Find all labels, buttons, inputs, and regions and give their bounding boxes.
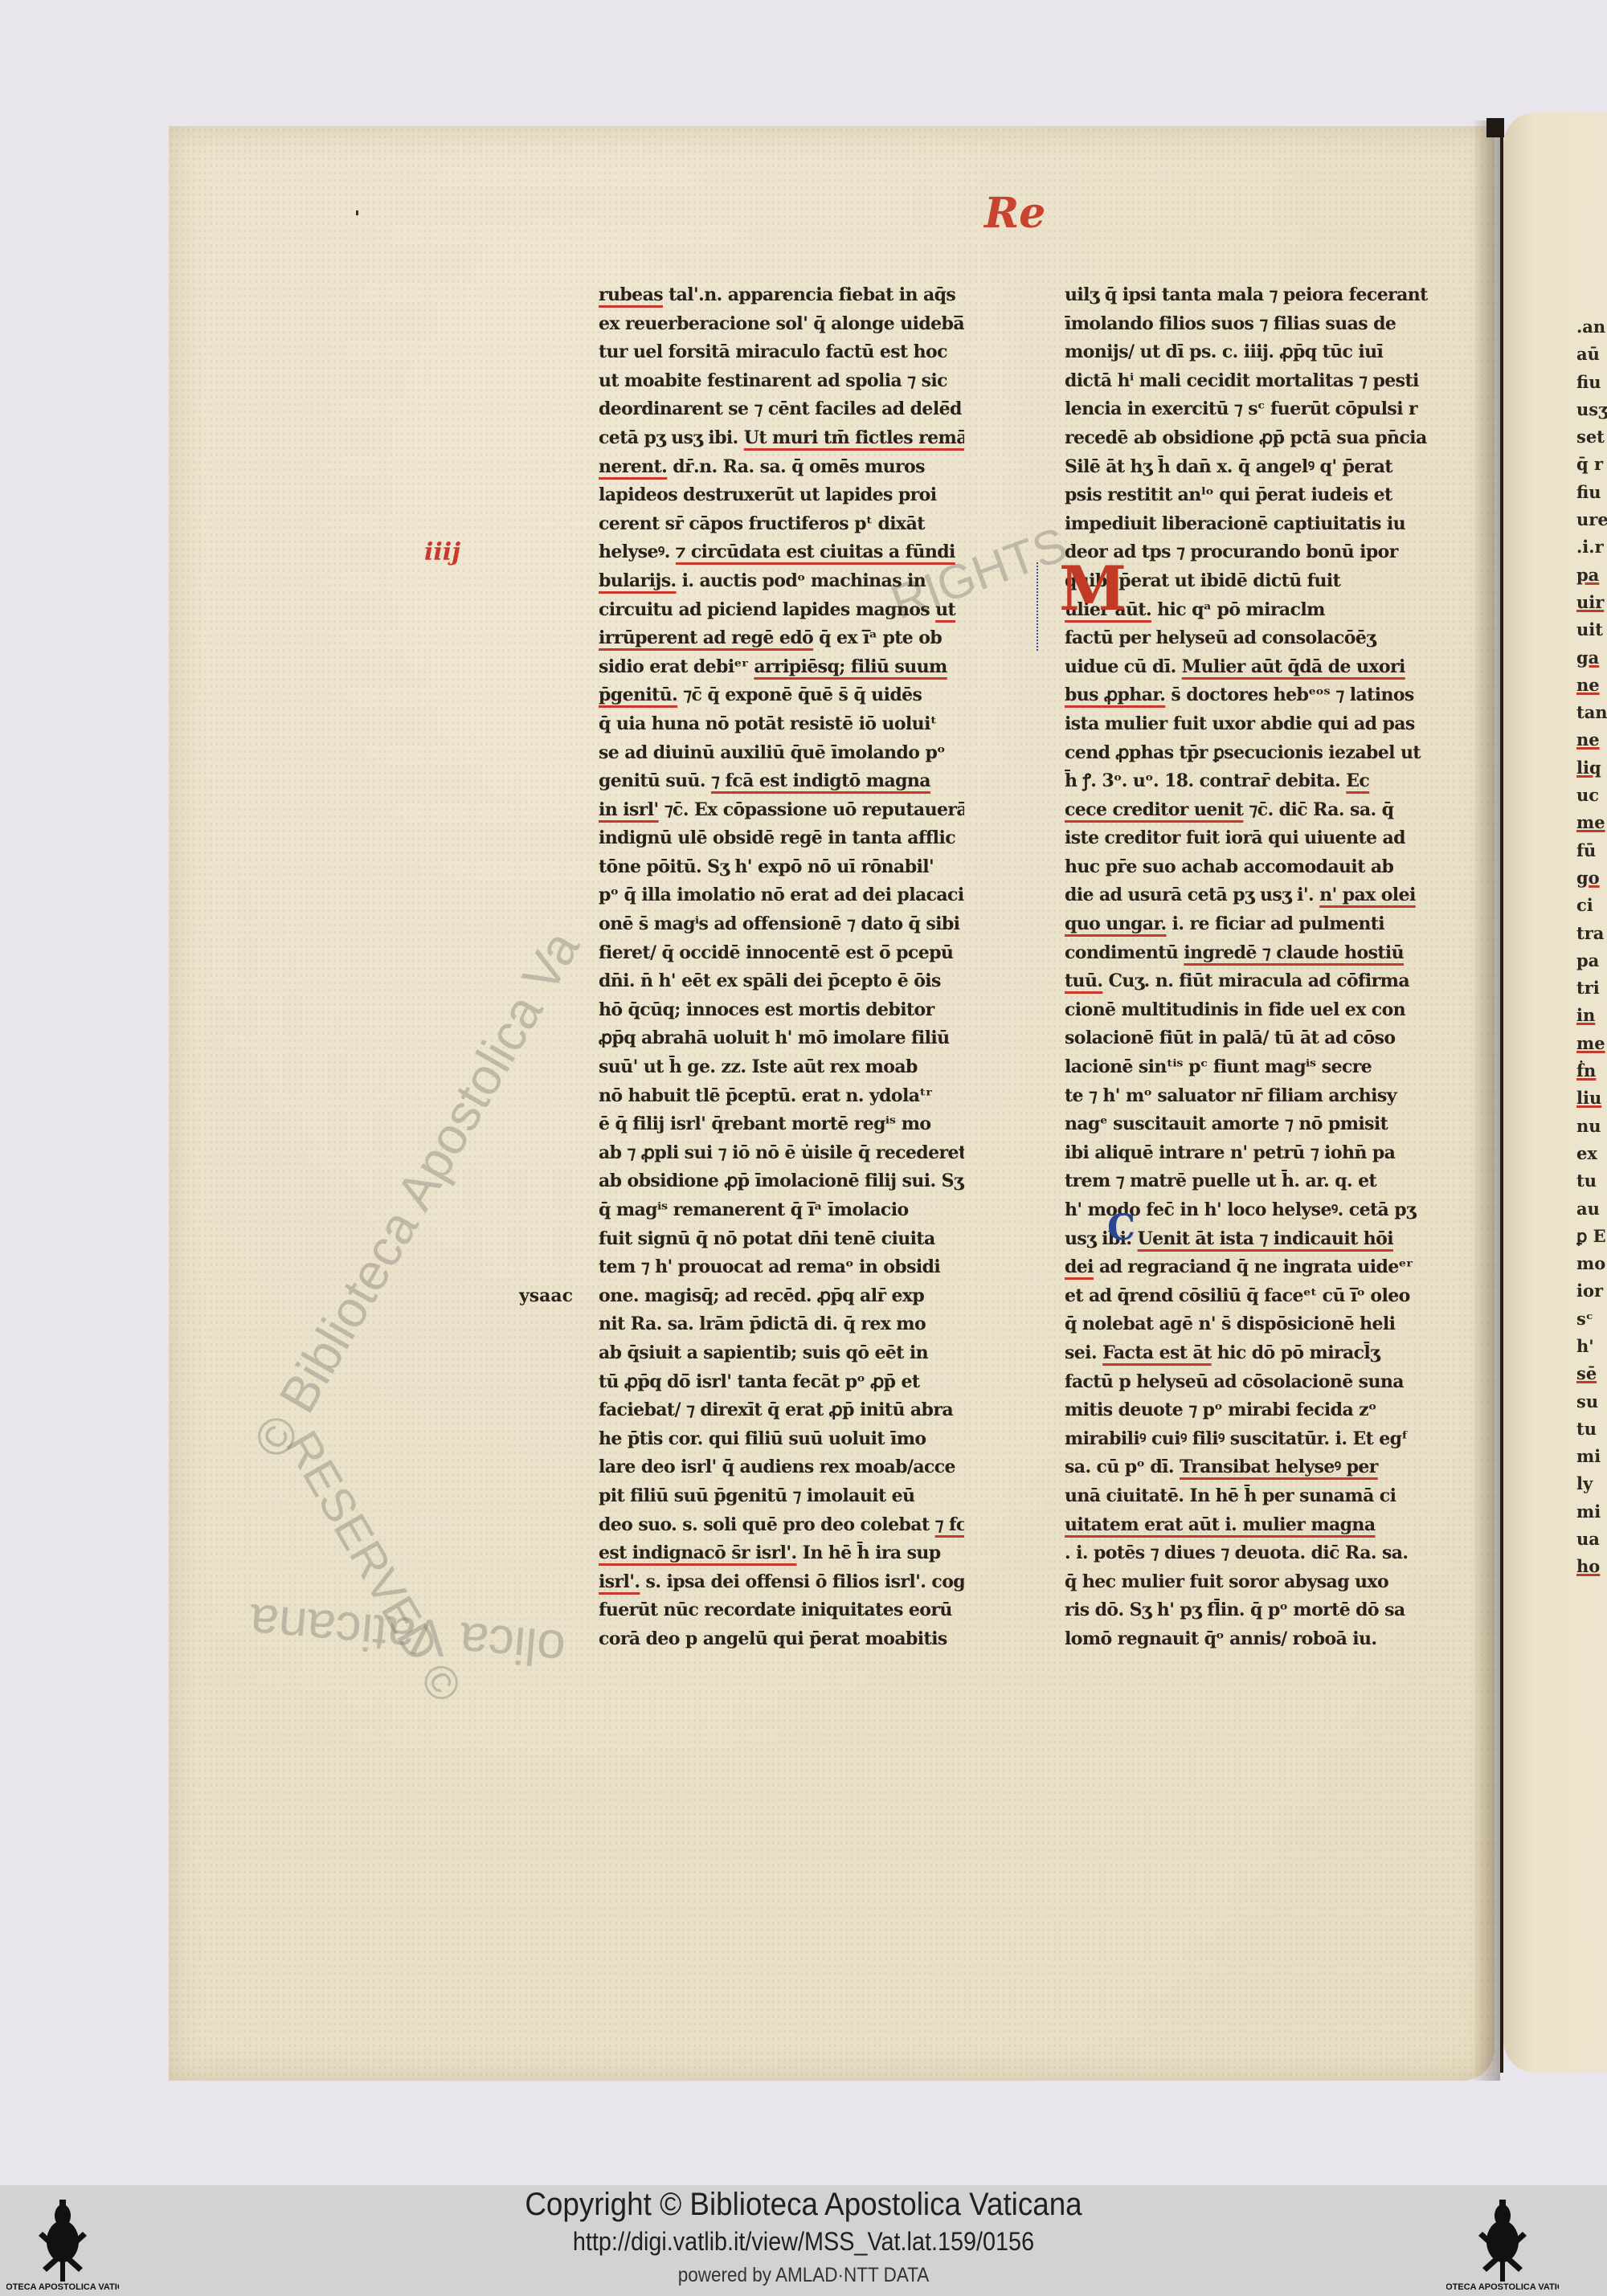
facing-text-fragment: ex	[1576, 1143, 1597, 1163]
facing-text-fragment: h'	[1576, 1336, 1594, 1356]
facing-text-fragment: fiu	[1576, 372, 1601, 392]
facing-text-fragment: ne	[1576, 675, 1600, 695]
facing-text-fragment: ly	[1576, 1473, 1593, 1493]
text-line: indignū ulē obsidē regē in tanta afflic	[599, 824, 964, 853]
text-line: quo ungar. i. re ficiar ad pulmenti	[1065, 910, 1430, 939]
facing-text-fragment: uit	[1576, 619, 1603, 639]
text-line: solacionē fiūt in palā/ tū āt ad cōso	[1065, 1024, 1430, 1053]
rubric-underline: dei	[1065, 1256, 1094, 1277]
rubric-underline: cece creditor uenit	[1065, 799, 1243, 820]
initial-letter-m: M	[1059, 557, 1115, 621]
text-line: deordinarent se ⁊ cēnt faciles ad delē̄d	[599, 395, 964, 424]
text-line: recedē ab obsidione ꝓp̄ pctā sua pn̄cia	[1065, 424, 1430, 453]
facing-text-fragment: tan	[1576, 702, 1607, 722]
text-line: helyseꝰ. ⁊ circūdata est ciuitas a fūndi	[599, 538, 964, 567]
facing-text-fragment: fū	[1576, 840, 1596, 860]
text-line: Silē āt hʒ h̄ dan̄ x. q̄ angelꝰ q' p̄era…	[1065, 453, 1430, 482]
rubric-underline: est indignacō s̄r isrl'.	[599, 1542, 797, 1563]
text-line: fieret/ q̄ occidē innocentē est ō̄ pcepū	[599, 939, 964, 968]
facing-text-fragment: su	[1576, 1391, 1598, 1412]
facing-text-fragment: q̄ r	[1576, 454, 1603, 474]
facing-text-fragment: ne	[1576, 729, 1600, 750]
facing-text-fragment: nu	[1576, 1116, 1601, 1136]
facing-text-fragment: au	[1576, 1199, 1600, 1219]
binding-gutter	[1500, 121, 1503, 2073]
facing-text-fragment: ho	[1576, 1556, 1600, 1576]
rubric-underline: rubeas	[599, 284, 663, 305]
text-line: . i. potēs ⁊ diues ⁊ deuota. dic̄ Ra. sa…	[1065, 1539, 1430, 1568]
text-line: fuit signū q̄ nō potat dn̄i tenē ciuita	[599, 1225, 964, 1254]
text-line: trem ⁊ matrē puelle ut h̄. ar. q. et	[1065, 1167, 1430, 1196]
text-line: faciebat/ ⁊ direxīt q̄ erat ꝓp̄ initū ab…	[599, 1396, 964, 1425]
text-line: nō habuit tlē p̄ceptū. erat n. ydolaᵗʳ	[599, 1082, 964, 1111]
rubric-underline: ⁊ circūdata est ciuitas a fūndi	[676, 541, 955, 562]
facing-page-text: .anaūfiuusʒsetq̄ rfiuure.i.rpauiruitgane…	[1576, 313, 1607, 1581]
text-line: cerent sr̄ cāpos fructiferos pᵗ dixāt	[599, 510, 964, 539]
text-line: deo suo. s. soli quē pro deo colebat ⁊ f…	[599, 1511, 964, 1540]
text-line: dn̄i. n̄ h' eēt ex spāli dei p̄cepto ē ō…	[599, 967, 964, 996]
rubric-underline: ⁊ fcā	[935, 1514, 964, 1535]
rubric-underline: ingredē ⁊ claude hostiū	[1184, 942, 1404, 963]
text-line: he p̄tis cor. qui filiū suū uoluit īmo	[599, 1425, 964, 1454]
rubric-underline: p̄genitū.	[599, 684, 677, 705]
facing-text-fragment: liq	[1576, 758, 1601, 778]
rubric-underline: tuū.	[1065, 970, 1102, 991]
facing-text-fragment: ga	[1576, 648, 1599, 668]
rubric-underline: arripiēsq; filiū suum	[754, 656, 947, 677]
facing-text-fragment: go	[1576, 868, 1600, 888]
facing-text-fragment: ior	[1576, 1281, 1603, 1301]
facing-text-fragment: sē	[1576, 1363, 1597, 1383]
text-column-left: rubeas tal'.n. apparencia fiebat in aq̄s…	[599, 281, 964, 1654]
text-line: ꝓp̄q abrahā uoluit h' mō imolare filiū	[599, 1024, 964, 1053]
text-line: nit Ra. sa. lrām p̄dictā di. q̄ rex mo	[599, 1310, 964, 1339]
text-line: lacionē sinᵗⁱˢ pᶜ fiunt magⁱˢ secre	[1065, 1053, 1430, 1082]
copyright-notice: Copyright © Biblioteca Apostolica Vatica…	[64, 2187, 1543, 2223]
text-line: est indignacō s̄r isrl'. In hē h̄ ira su…	[599, 1539, 964, 1568]
rubric-underline: Facta est āt	[1102, 1342, 1212, 1363]
page-mark	[356, 210, 358, 215]
text-line: ab q̄siuit a sapientib; suis qō eēt in	[599, 1339, 964, 1368]
facing-text-fragment: mi	[1576, 1501, 1601, 1522]
text-line: circuitu ad piciend lapides magnos ut	[599, 596, 964, 625]
text-line: impediuit liberacionē captiuitatis iu	[1065, 510, 1430, 539]
text-line: cetā pʒ usʒ ibi. Ut muri tm̄ fictles rem…	[599, 424, 964, 453]
text-line: lencia in exercitū ⁊ sᶜ fuerūt cōpulsi r	[1065, 395, 1430, 424]
text-line: mitis deuote ⁊ pᵒ mirabi fecida zᵒ	[1065, 1396, 1430, 1425]
rubric-underline: Ec	[1346, 770, 1369, 791]
facing-text-fragment: ꝑ E	[1576, 1226, 1606, 1246]
text-line: ab ⁊ ꝓpli sui ⁊ iō nō ē u̇isile q̄ reced…	[599, 1139, 964, 1168]
text-line: nagᵉ suscitauit amorte ⁊ nō pmisit	[1065, 1110, 1430, 1139]
text-line: q̄ hec mulier fuit soror abysag uxo	[1065, 1568, 1430, 1597]
gutter-shadow	[1474, 121, 1500, 2081]
text-line: factū per helyseū ad consolacōēʒ	[1065, 624, 1430, 653]
source-url[interactable]: http://digi.vatlib.it/view/MSS_Vat.lat.1…	[80, 2227, 1527, 2257]
text-line: ut moabite festinarent ad spolia ⁊ sic	[599, 367, 964, 396]
rubric-underline: uitatem erat aūt i. mulier magna	[1065, 1514, 1375, 1535]
rubric-underline: nerent.	[599, 456, 667, 477]
text-line: p̄genitū. ⁊c̄ q̄ exponē q̄uē s̄ q̄ uidēs	[599, 681, 964, 710]
text-line: lare deo isrl' q̄ audiens rex moab/acce	[599, 1453, 964, 1482]
text-line: pᵒ q̄ illa imolatio nō erat ad dei placa…	[599, 881, 964, 910]
text-line: ibi aliquē intrare n' petrū ⁊ iohn̄ pa	[1065, 1139, 1430, 1168]
facing-text-fragment: me	[1576, 1033, 1605, 1053]
text-line: fuerūt nūc recordate iniquitates eorū	[599, 1596, 964, 1625]
text-line: pit filiū suū p̄genitū ⁊ imolauit eū	[599, 1482, 964, 1511]
text-line: ista mulier fuit uxor abdie qui ad pas	[1065, 710, 1430, 739]
text-line: hō q̄cūq; innoces est mortis debitor	[599, 996, 964, 1025]
facing-text-fragment: uc	[1576, 785, 1599, 805]
text-line: tōne pōitū. Sʒ h' expō nō uī rōnabil'	[599, 853, 964, 882]
text-line: huc pr̄e suo achab accomodauit ab	[1065, 853, 1430, 882]
text-line: cece creditor uenit ⁊c̄. dic̄ Ra. sa. q̄	[1065, 796, 1430, 825]
facing-text-fragment: fiu	[1576, 482, 1601, 502]
text-line: onē s̄ magⁱs ad offensionē ⁊ dato q̄ sib…	[599, 910, 964, 939]
text-line: monijs/ ut dī ps. c. iiij. ꝓp̄q tūc iuī	[1065, 338, 1430, 367]
facing-text-fragment: .i.r	[1576, 537, 1604, 557]
text-line: isrl'. s. ipsa dei offensi ō filios isrl…	[599, 1568, 964, 1597]
text-line: sidio erat debiᵉʳ arripiēsq; filiū suum	[599, 653, 964, 682]
facing-text-fragment: in	[1576, 1005, 1595, 1025]
text-line: unā ciuitatē. In hē h̄ per sunamā ci	[1065, 1482, 1430, 1511]
text-line: genitū suū. ⁊ fcā est indigtō magna	[599, 767, 964, 796]
text-line: tū ꝓp̄q dō̄ isrl' tanta fecāt pᵒ ꝓp̄ et	[599, 1368, 964, 1397]
text-line: die ad usurā cetā pʒ usʒ i'. n' pax olei	[1065, 881, 1430, 910]
facing-text-fragment: ure	[1576, 509, 1607, 529]
rubric-underline: irrūperent ad regē edō	[599, 627, 813, 648]
text-line: mirabiliꝰ cuiꝰ filiꝰ suscitatūr. i. Et e…	[1065, 1425, 1430, 1454]
rubric-underline: in isrl'	[599, 799, 659, 820]
rubric-underline: n' pax olei	[1319, 884, 1416, 905]
facing-text-fragment: ua	[1576, 1529, 1600, 1549]
text-line: q̄ nolebat agē n' s̄ dispōsicionē heli	[1065, 1310, 1430, 1339]
text-line: sa. cū pᵒ dī. Transibat helyseꝰ per	[1065, 1453, 1430, 1482]
rubric-underline: ⁊ fcā est indigtō magna	[711, 770, 930, 791]
text-line: psis restitit anˡᵒ qui p̄erat iudeis et	[1065, 481, 1430, 510]
facing-text-fragment: mi	[1576, 1446, 1601, 1466]
facing-text-fragment: pa	[1576, 565, 1599, 585]
text-column-right: uilʒ q̄ ipsi tanta mala ⁊ peiora feceran…	[1065, 281, 1430, 1654]
rubric-underline: ut	[935, 599, 955, 620]
text-line: condimentū ingredē ⁊ claude hostiū	[1065, 939, 1430, 968]
text-line: dictā hⁱ mali cecidit mortalitas ⁊ pesti	[1065, 367, 1430, 396]
text-line: nerent. dr̄.n. Ra. sa. q̄ omēs muros	[599, 453, 964, 482]
marginal-numeral: iiij	[424, 538, 460, 566]
rubric-underline: Mulier aūt q̄dā de uxori	[1182, 656, 1405, 677]
text-line: tem ⁊ h' prouocat ad remaᵒ in obsidi	[599, 1253, 964, 1282]
facing-text-fragment: usʒ	[1576, 399, 1607, 419]
text-line: cend ꝓphas tp̄r ꝑsecucionis iezabel ut	[1065, 739, 1430, 768]
text-line: suū' ut h̄ ge. zz. Iste aūt rex moab	[599, 1053, 964, 1082]
text-line: uidue cū dī. Mulier aūt q̄dā de uxori	[1065, 653, 1430, 682]
facing-text-fragment: sᶜ	[1576, 1309, 1593, 1329]
text-line: et ad q̄rend cōsiliū q̄ faceᵉᵗ cū i̅ᵒ ol…	[1065, 1282, 1430, 1311]
text-line: se ad diuinū auxiliū q̄uē īmolando pᵒ	[599, 739, 964, 768]
rubric-underline: bularijs.	[599, 570, 677, 591]
text-line: bularijs. i. auctis podᵒ machinas in	[599, 567, 964, 596]
text-line: te ⁊ h' mᵒ saluator nr̄ filiam archisy	[1065, 1082, 1430, 1111]
running-head: Re	[984, 189, 1045, 238]
facing-text-fragment: me	[1576, 812, 1605, 832]
rubric-underline: Uenit āt ista ⁊ indicauit hōi	[1138, 1228, 1393, 1249]
facing-text-fragment: tu	[1576, 1419, 1597, 1439]
text-line: tuū. Cuʒ. n. fiūt miracula ad cōfirma	[1065, 967, 1430, 996]
facing-text-fragment: tra	[1576, 923, 1604, 943]
facing-text-fragment: set	[1576, 427, 1605, 447]
spine-tab	[1486, 118, 1504, 137]
text-line: factū p helyseū ad cōsolacionē suna	[1065, 1368, 1430, 1397]
text-line: ris dō. Sʒ h' pʒ fl̄in. q̄ pᵒ mortē dō s…	[1065, 1596, 1430, 1625]
facing-text-fragment: pa	[1576, 950, 1599, 970]
facing-text-fragment: aū	[1576, 344, 1600, 364]
text-line: lapideos destruxerūt ut lapides proi	[599, 481, 964, 510]
rubric-underline: Transibat helyseꝰ per	[1180, 1456, 1378, 1477]
text-line: h̄ ꝭ. 3ᵒ. uᵒ. 18. contrar̄ debita. Ec	[1065, 767, 1430, 796]
rubric-underline: Ut muri tm̄ fictles remā	[744, 427, 964, 448]
text-line: one. magisq̄; ad recēd. ꝓp̄q alr̄ exp	[599, 1282, 964, 1311]
text-line: q̄ magⁱˢ remanerent q̄ i̅ᵃ īmolacio	[599, 1196, 964, 1225]
text-line: iste creditor fuit iorā qui uiuente ad	[1065, 824, 1430, 853]
text-line: lomō regnauit q̄ᵒ annis/ roboā iu.	[1065, 1625, 1430, 1654]
facing-text-fragment: ḟn	[1576, 1060, 1596, 1081]
facing-text-fragment: liu	[1576, 1088, 1601, 1108]
facing-text-fragment: .an	[1576, 317, 1605, 337]
facing-text-fragment: tri	[1576, 978, 1600, 998]
facing-text-fragment: uir	[1576, 592, 1604, 612]
text-line: uilʒ q̄ ipsi tanta mala ⁊ peiora feceran…	[1065, 281, 1430, 310]
text-line: irrūperent ad regē edō q̄ ex i̅ᵃ pte ob	[599, 624, 964, 653]
rubric-underline: bus ꝓphar.	[1065, 684, 1165, 705]
facing-text-fragment: ci	[1576, 895, 1593, 915]
facing-text-fragment: mo	[1576, 1253, 1605, 1273]
powered-by: powered by AMLAD·NTT DATA	[80, 2264, 1527, 2287]
text-line: rubeas tal'.n. apparencia fiebat in aq̄s	[599, 281, 964, 310]
text-line: īmolando filios suos ⁊ filias suas de	[1065, 310, 1430, 339]
text-line: bus ꝓphar. s̄ doctores hebᵉᵒˢ ⁊ latinos	[1065, 681, 1430, 710]
text-line: sei. Facta est āt hic dō pō miracl̄ʒ	[1065, 1339, 1430, 1368]
text-line: cionē multitudinis in fide uel ex con	[1065, 996, 1430, 1025]
text-line: ab obsidione ꝓp̄ īmolacionē filij sui. S…	[599, 1167, 964, 1196]
initial-letter-c: C	[1107, 1207, 1135, 1248]
marginal-note: ysaac	[519, 1285, 573, 1306]
text-line: ē q̄ filij isrl' q̄rebant mortē regⁱˢ mo	[599, 1110, 964, 1139]
rubric-underline: quo ungar.	[1065, 913, 1167, 934]
text-line: corā deo p angelū qui p̄erat moabitis	[599, 1625, 964, 1654]
text-line: q̄ uia huna nō potāt resistē iō uoluiᵗ	[599, 710, 964, 739]
facing-text-fragment: tu	[1576, 1170, 1597, 1191]
text-line: ex reuerberacione sol' q̄ alonge uideba̅	[599, 310, 964, 339]
text-line: dei ad regraciand q̄ ne ingrata uideᵉʳ	[1065, 1253, 1430, 1282]
text-line: in isrl' ⁊c̄. Ex cōpassione uō reputauer…	[599, 796, 964, 825]
rubric-underline: isrl'.	[599, 1571, 640, 1592]
text-line: tur uel forsitā miraculo factū est hoc	[599, 338, 964, 367]
text-line: uitatem erat aūt i. mulier magna	[1065, 1511, 1430, 1540]
